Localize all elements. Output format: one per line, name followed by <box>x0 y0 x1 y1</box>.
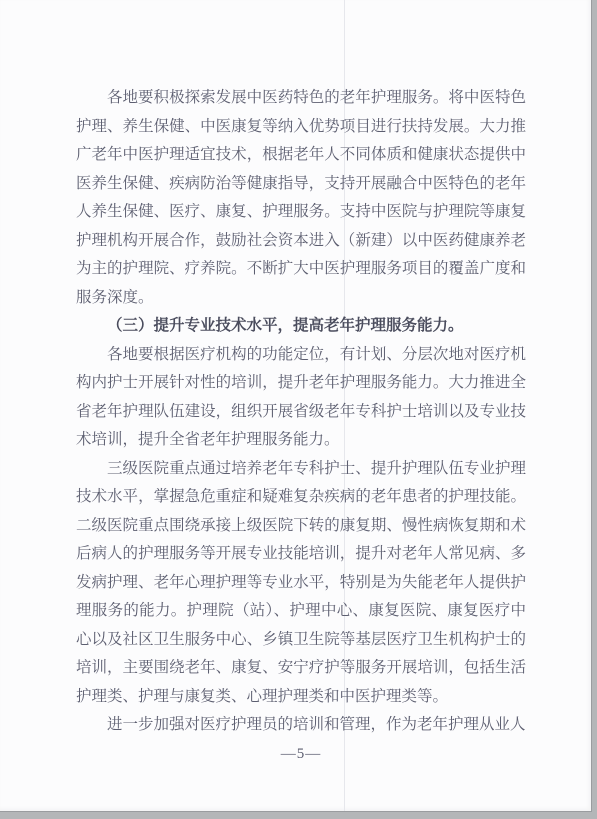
paragraph-tcm-elderly-care: 各地要积极探索发展中医药特色的老年护理服务。将中医特色护理、养生保健、中医康复等… <box>76 84 526 312</box>
page-content: 各地要积极探索发展中医药特色的老年护理服务。将中医特色护理、养生保健、中医康复等… <box>76 84 526 768</box>
document-page: 各地要积极探索发展中医药特色的老年护理服务。将中医特色护理、养生保健、中医康复等… <box>0 0 592 812</box>
paragraph-hospital-tier-training: 三级医院重点通过培养老年专科护士、提升护理队伍专业护理技术水平，掌握急危重症和疑… <box>76 455 526 712</box>
scanned-document-view: 各地要积极探索发展中医药特色的老年护理服务。将中医特色护理、养生保健、中医康复等… <box>0 0 597 819</box>
paragraph-care-worker-management: 进一步加强对医疗护理员的培训和管理，作为老年护理从业人 <box>76 711 526 740</box>
paragraph-nurse-training-plan: 各地要根据医疗机构的功能定位，有计划、分层次地对医疗机构内护士开展针对性的培训，… <box>76 341 526 455</box>
page-number: —5— <box>76 740 526 769</box>
section-heading-professional-skills: （三）提升专业技术水平，提高老年护理服务能力。 <box>76 312 526 341</box>
